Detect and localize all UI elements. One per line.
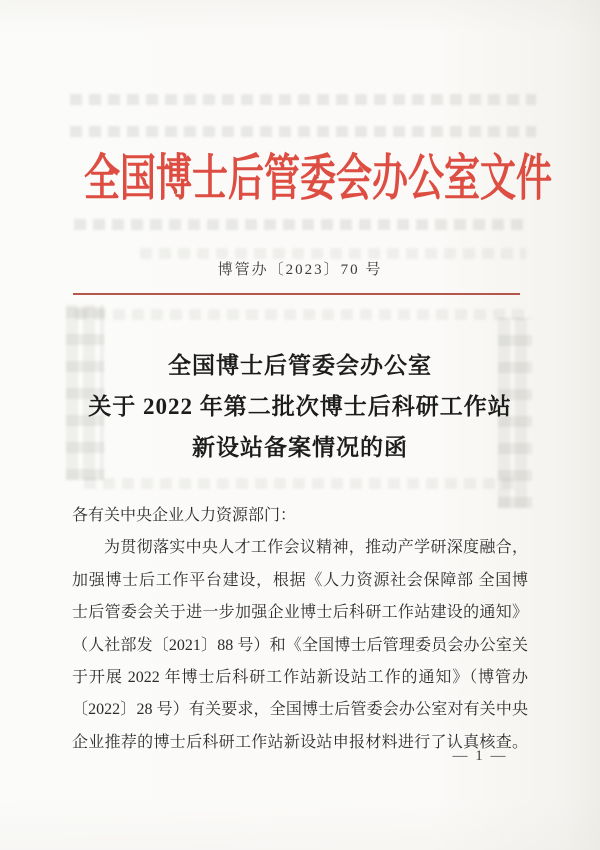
body-line: 〔2022〕28 号）有关要求，全国博士后管委会办公室对有关中央 [72,694,528,726]
body-line: 于开展 2022 年博士后科研工作站新设站工作的通知》（博管办 [72,662,528,694]
bleedthrough-artifact [75,309,525,320]
letterhead-divider-rule [73,293,520,295]
body-line: （人社部发〔2021〕88 号）和《全国博士后管理委员会办公室关 [72,630,528,662]
bleedthrough-artifact [74,219,526,230]
document-body: 各有关中央企业人力资源部门： 为贯彻落实中央人才工作会议精神，推动产学研深度融合… [72,500,528,759]
document-number: 博管办〔2023〕70 号 [0,258,600,279]
body-line: 士后管委会关于进一步加强企业博士后科研工作站建设的通知》 [72,597,528,629]
bleedthrough-artifact [84,478,516,489]
document-title-line: 新设站备案情况的函 [40,427,560,468]
bleedthrough-artifact [70,94,536,105]
document-title-line: 关于 2022 年第二批次博士后科研工作站 [40,386,560,427]
page-number: — 1 — [430,748,530,765]
document-title: 全国博士后管委会办公室 关于 2022 年第二批次博士后科研工作站 新设站备案情… [40,345,560,468]
document-page: 全国博士后管委会办公室文件 博管办〔2023〕70 号 全国博士后管委会办公室 … [0,0,600,850]
letterhead-title: 全国博士后管委会办公室文件 [84,150,516,206]
salutation: 各有关中央企业人力资源部门： [72,500,528,532]
body-line: 加强博士后工作平台建设，根据《人力资源社会保障部 全国博 [72,565,528,597]
bleedthrough-artifact [70,126,536,137]
body-line: 为贯彻落实中央人才工作会议精神，推动产学研深度融合， [72,532,528,564]
document-title-line: 全国博士后管委会办公室 [40,345,560,386]
